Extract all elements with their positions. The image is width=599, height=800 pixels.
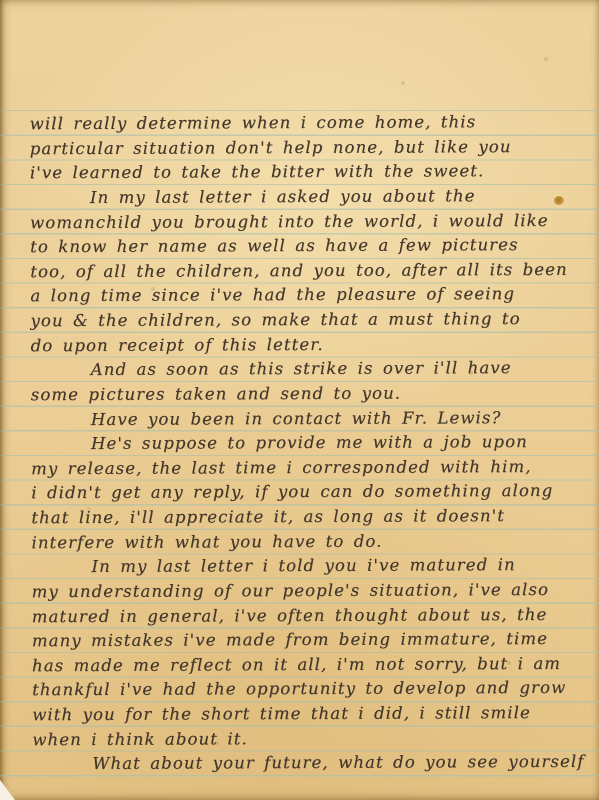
letter-line: my understanding of our people's situati… — [32, 577, 588, 604]
letter-line: do upon receipt of this letter. — [31, 331, 587, 358]
page-corner — [0, 780, 15, 800]
letter-line: you & the children, so make that a must … — [30, 306, 586, 333]
letter-line: In my last letter i asked you about the — [30, 183, 586, 210]
letter-line: my release, the last time i corresponded… — [31, 454, 587, 481]
letter-line: interfere with what you have to do. — [31, 528, 587, 555]
letter-line: i've learned to take the bitter with the… — [30, 159, 586, 186]
letter-page: will really determine when i come home, … — [0, 0, 599, 800]
paper-stain — [554, 196, 564, 205]
letter-line: when i think about it. — [32, 725, 588, 752]
letter-line: matured in general, i've often thought a… — [32, 602, 588, 629]
letter-line: womanchild you brought into the world, i… — [30, 208, 586, 235]
letter-body: will really determine when i come home, … — [30, 109, 589, 776]
letter-line: too, of all the children, and you too, a… — [30, 257, 586, 284]
letter-line: will really determine when i come home, … — [30, 109, 586, 136]
letter-line: that line, i'll appreciate it, as long a… — [31, 503, 587, 530]
letter-line: And as soon as this strike is over i'll … — [31, 356, 587, 383]
letter-line: with you for the short time that i did, … — [32, 700, 588, 727]
letter-line: In my last letter i told you i've mature… — [31, 553, 587, 580]
letter-line: What about your future, what do you see … — [32, 750, 588, 777]
letter-line: some pictures taken and send to you. — [31, 380, 587, 407]
letter-line: has made me reflect on it all, i'm not s… — [32, 651, 588, 678]
paper-specks — [0, 0, 2, 2]
paper-left-edge — [0, 0, 4, 800]
letter-line: particular situation don't help none, bu… — [30, 134, 586, 161]
letter-line: to know her name as well as have a few p… — [30, 232, 586, 259]
letter-line: Have you been in contact with Fr. Lewis? — [31, 405, 587, 432]
letter-line: i didn't get any reply, if you can do so… — [31, 479, 587, 506]
letter-line: He's suppose to provide me with a job up… — [31, 429, 587, 456]
letter-line: many mistakes i've made from being immat… — [32, 626, 588, 653]
letter-line: a long time since i've had the pleasure … — [30, 282, 586, 309]
letter-line: thankful i've had the opportunity to dev… — [32, 676, 588, 703]
